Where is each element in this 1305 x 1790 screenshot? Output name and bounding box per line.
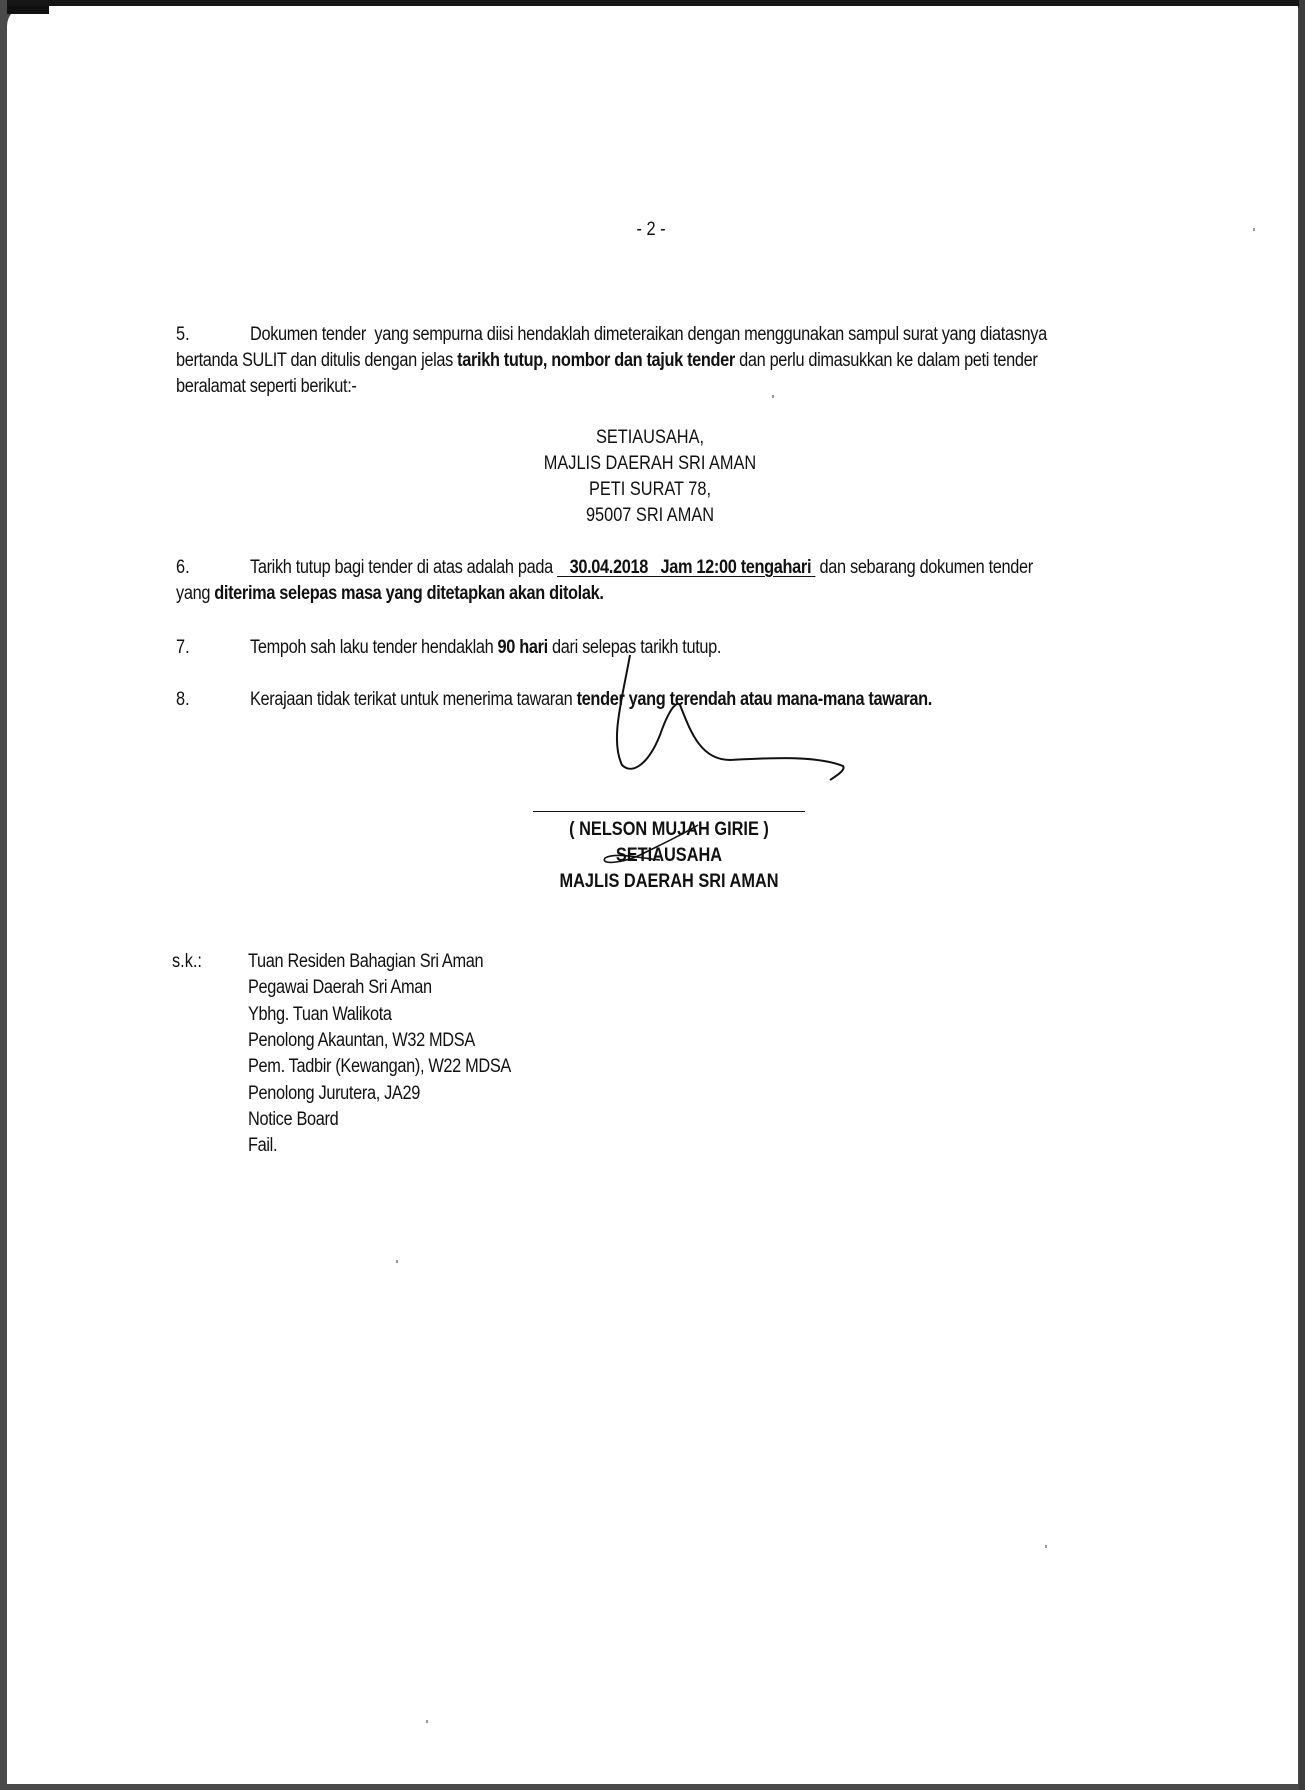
cc-label: s.k.: (172, 950, 202, 974)
cc-recipient: Fail. (248, 1134, 277, 1158)
cc-recipient: Penolong Jurutera, JA29 (248, 1082, 420, 1106)
signatory-organization: MAJLIS DAERAH SRI AMAN (67, 870, 1271, 894)
cc-recipient: Pegawai Daerah Sri Aman (248, 976, 432, 1000)
signatory-name: ( NELSON MUJAH GIRIE ) (67, 818, 1271, 842)
cc-recipient: Notice Board (248, 1108, 338, 1132)
cc-recipient: Pem. Tadbir (Kewangan), W22 MDSA (248, 1055, 511, 1079)
handwritten-signature (0, 0, 1305, 1790)
cc-recipient: Ybhg. Tuan Walikota (248, 1003, 392, 1027)
cc-recipient: Tuan Residen Bahagian Sri Aman (248, 950, 483, 974)
signature-line (533, 811, 805, 812)
signatory-title: SETIAUSAHA (67, 844, 1271, 868)
cc-recipient: Penolong Akauntan, W32 MDSA (248, 1029, 475, 1053)
